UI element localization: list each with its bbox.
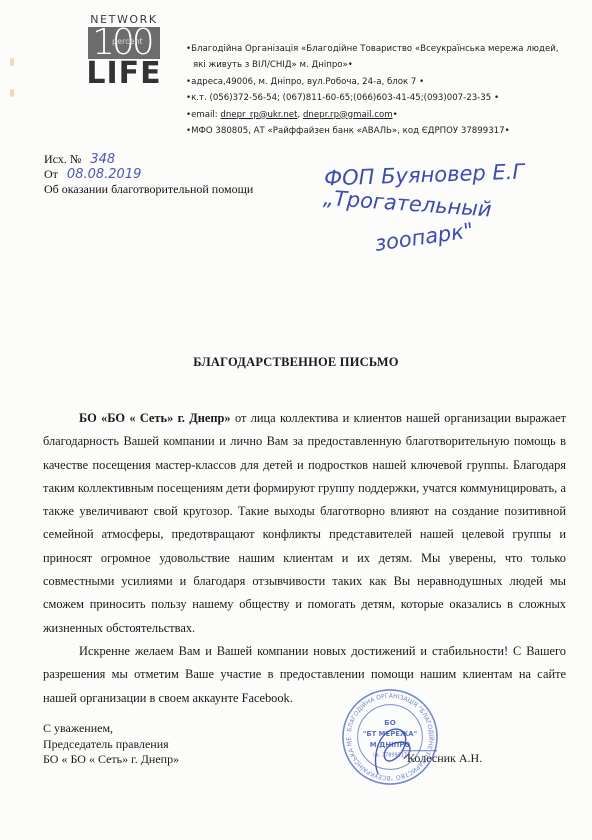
org-name-bold: БО «БО « Сеть» г. Днепр» [79, 411, 231, 425]
email-line: •email: dnepr_rp@ukr.net, dnepr.rp@gmail… [186, 107, 586, 123]
reference-block: Исх. № 348 От 08.08.2019 Об оказании бла… [44, 152, 253, 196]
outgoing-number: Исх. № 348 [44, 152, 253, 167]
logo-network-text: NETWORK [83, 14, 165, 26]
paper-mark [10, 58, 14, 66]
letter-title: БЛАГОДАРСТВЕННОЕ ПИСЬМО [0, 355, 592, 370]
phone-line: •к.т. (056)372-56-54; (067)811-60-65;(06… [186, 90, 586, 106]
body-paragraph-1: БО «БО « Сеть» г. Днепр» от лица коллект… [43, 407, 566, 640]
letter-body: БО «БО « Сеть» г. Днепр» от лица коллект… [43, 407, 566, 710]
email-link-ukr[interactable]: dnepr_rp@ukr.net [220, 110, 297, 120]
email-suffix: • [393, 110, 398, 120]
letter-subject: Об оказании благотворительной помощи [44, 182, 253, 196]
official-stamp-icon: БЛАГОДІЙНА ОРГАНІЗАЦІЯ "БЛАГОДІЙНЕ ТОВАР… [341, 688, 439, 786]
logo-life-text: LIFE [83, 59, 165, 89]
outgoing-number-handwritten: 348 [90, 152, 115, 167]
outgoing-number-label: Исх. № [44, 152, 81, 166]
letter-date: От 08.08.2019 [44, 167, 253, 182]
letterhead-details: •Благодійна Організація «Благодійне Това… [186, 41, 586, 139]
svg-text:"БТ МЕРЕЖА": "БТ МЕРЕЖА" [363, 730, 417, 738]
closing-org: БО « БО « Сеть» г. Днепр» [43, 752, 179, 768]
email-link-gmail[interactable]: dnepr.rp@gmail.com [303, 110, 393, 120]
date-handwritten: 08.08.2019 [67, 167, 141, 182]
logo-100-box: 100 percent [88, 27, 160, 59]
paragraph-1-text: от лица коллектива и клиентов нашей орга… [43, 411, 566, 635]
org-name-line: •Благодійна Організація «Благодійне Това… [186, 41, 586, 57]
closing-block: С уважением, Председатель правления БО «… [43, 721, 179, 768]
address-line: •адреса,49006, м. Дніпро, вул.Робоча, 24… [186, 74, 586, 90]
network-100-percent-life-logo: NETWORK 100 percent LIFE [83, 14, 165, 89]
body-paragraph-2: Искренне желаем Вам и Вашей компании нов… [43, 640, 566, 710]
letter-page: NETWORK 100 percent LIFE •Благодійна Орг… [0, 0, 592, 840]
svg-text:і.к. 37899317: і.к. 37899317 [373, 753, 407, 759]
handwritten-addressee: ФОП Буяновер Е.Г „Трогательный зоопарк" [324, 155, 587, 248]
svg-text:БО: БО [384, 718, 396, 727]
closing-regards: С уважением, [43, 721, 179, 737]
logo-percent-text: percent [112, 37, 143, 46]
email-label: •email: [186, 110, 220, 120]
org-name-line-2: які живуть з ВІЛ/СНІД» м. Дніпро»• [186, 57, 586, 73]
closing-position: Председатель правления [43, 737, 179, 753]
bank-line: •МФО 380805, АТ «Райффайзен банк «АВАЛЬ»… [186, 123, 586, 139]
paper-mark [10, 89, 14, 97]
date-label: От [44, 167, 58, 181]
